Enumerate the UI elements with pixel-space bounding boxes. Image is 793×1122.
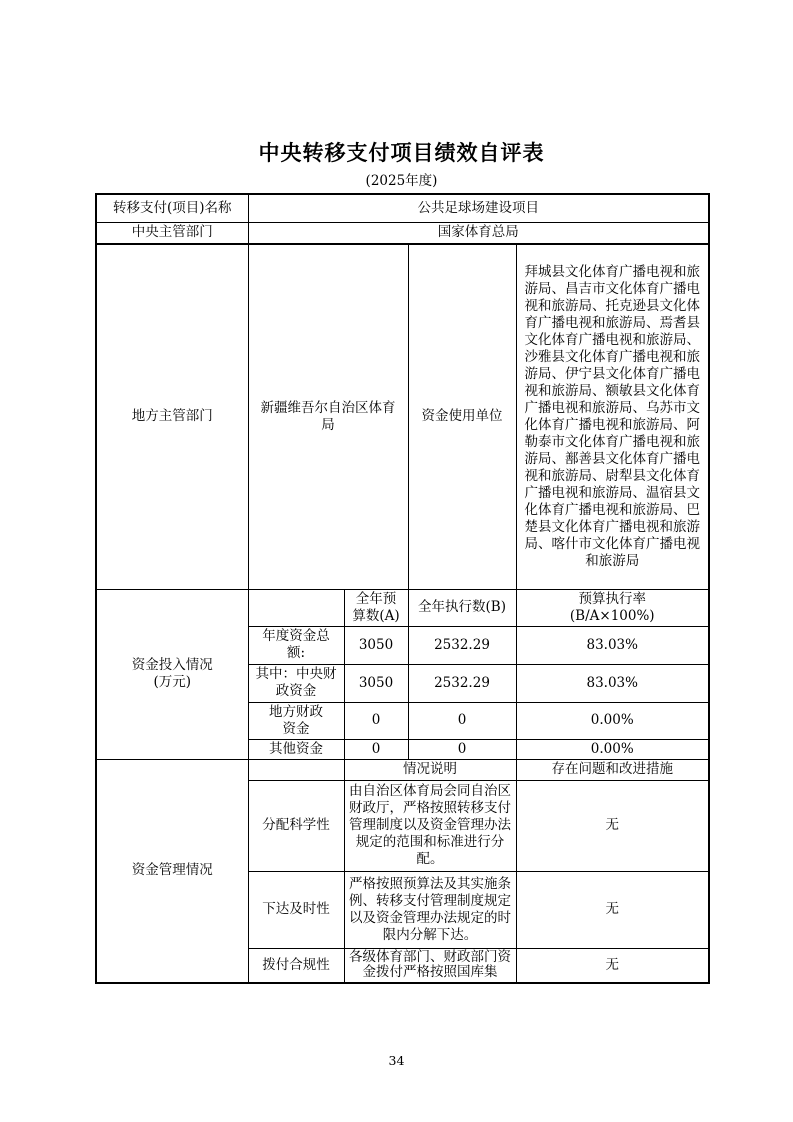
fund-mgmt-row-0-label: 分配科学性 <box>248 780 344 871</box>
local-dept-row: 地方主管部门 新疆维吾尔自治区体育 局 资金使用单位 拜城县文化体育广播电视和旅… <box>96 244 709 589</box>
local-dept-value-cell: 新疆维吾尔自治区体育 局 <box>248 244 408 589</box>
fund-input-row-3-executed: 0 <box>408 739 516 759</box>
central-dept-row: 中央主管部门 国家体育总局 <box>96 222 709 244</box>
doc-title: 中央转移支付项目绩效自评表 <box>95 140 708 166</box>
fund-input-row-1-rate: 83.03% <box>516 664 709 702</box>
issues-col-header: 存在问题和改进措施 <box>516 759 709 780</box>
fund-input-empty-header-cell <box>248 589 344 626</box>
fund-input-row-2-label: 地方财政 资金 <box>248 702 344 739</box>
fund-input-row-2-executed: 0 <box>408 702 516 739</box>
fund-input-row-1-budget: 3050 <box>344 664 408 702</box>
central-dept-value-cell: 国家体育总局 <box>248 222 709 244</box>
fund-mgmt-row-0-desc: 由自治区体育局会同自治区财政厅，严格按照转移支付管理制度以及资金管理办法规定的范… <box>344 780 516 871</box>
fund-input-row-1-label: 其中：中央财 政资金 <box>248 664 344 702</box>
desc-col-header: 情况说明 <box>344 759 516 780</box>
fund-input-header-row: 资金投入情况 (万元) 全年预 算数(A) 全年执行数(B) 预算执行率 (B/… <box>96 589 709 626</box>
fund-mgmt-row-2-label: 拨付合规性 <box>248 948 344 983</box>
fund-input-row-0-label: 年度资金总 额: <box>248 626 344 664</box>
fund-input-row-2-budget: 0 <box>344 702 408 739</box>
local-dept-label-cell: 地方主管部门 <box>96 244 248 589</box>
fund-mgmt-row-2-issues: 无 <box>516 948 709 983</box>
fund-user-list-cell: 拜城县文化体育广播电视和旅游局、昌吉市文化体育广播电视和旅游局、托克逊县文化体育… <box>516 244 709 589</box>
page-number: 34 <box>0 1053 793 1068</box>
fund-mgmt-empty-header-cell <box>248 759 344 780</box>
doc-subtitle: (2025年度) <box>95 173 708 190</box>
fund-input-row-3-budget: 0 <box>344 739 408 759</box>
fund-user-label-cell: 资金使用单位 <box>408 244 516 589</box>
fund-input-row-3-rate: 0.00% <box>516 739 709 759</box>
fund-input-row-1-executed: 2532.29 <box>408 664 516 702</box>
fund-mgmt-header-row: 资金管理情况 情况说明 存在问题和改进措施 <box>96 759 709 780</box>
performance-self-evaluation-table: 转移支付(项目)名称 公共足球场建设项目 中央主管部门 国家体育总局 地方主管部… <box>95 193 710 984</box>
fund-mgmt-row-0-issues: 无 <box>516 780 709 871</box>
project-value-cell: 公共足球场建设项目 <box>248 194 709 222</box>
fund-mgmt-row-2-desc: 各级体育部门、财政部门资金拨付严格按照国库集 <box>344 948 516 983</box>
fund-input-row-3-label: 其他资金 <box>248 739 344 759</box>
fund-input-row-0-rate: 83.03% <box>516 626 709 664</box>
fund-input-row-2-rate: 0.00% <box>516 702 709 739</box>
fund-mgmt-section-cell: 资金管理情况 <box>96 759 248 983</box>
rate-col-header: 预算执行率 (B/A×100%) <box>516 589 709 626</box>
executed-col-header: 全年执行数(B) <box>408 589 516 626</box>
project-name-row: 转移支付(项目)名称 公共足球场建设项目 <box>96 194 709 222</box>
fund-mgmt-row-1-desc: 严格按照预算法及其实施条例、转移支付管理制度规定以及资金管理办法规定的时限内分解… <box>344 871 516 948</box>
document-page: 中央转移支付项目绩效自评表 (2025年度) 转移支付(项目)名称 公共足球场建… <box>0 0 793 1122</box>
fund-mgmt-row-1-label: 下达及时性 <box>248 871 344 948</box>
budget-col-header: 全年预 算数(A) <box>344 589 408 626</box>
fund-input-section-cell: 资金投入情况 (万元) <box>96 589 248 759</box>
fund-input-row-0-executed: 2532.29 <box>408 626 516 664</box>
fund-mgmt-row-1-issues: 无 <box>516 871 709 948</box>
project-label-cell: 转移支付(项目)名称 <box>96 194 248 222</box>
central-dept-label-cell: 中央主管部门 <box>96 222 248 244</box>
fund-input-row-0-budget: 3050 <box>344 626 408 664</box>
